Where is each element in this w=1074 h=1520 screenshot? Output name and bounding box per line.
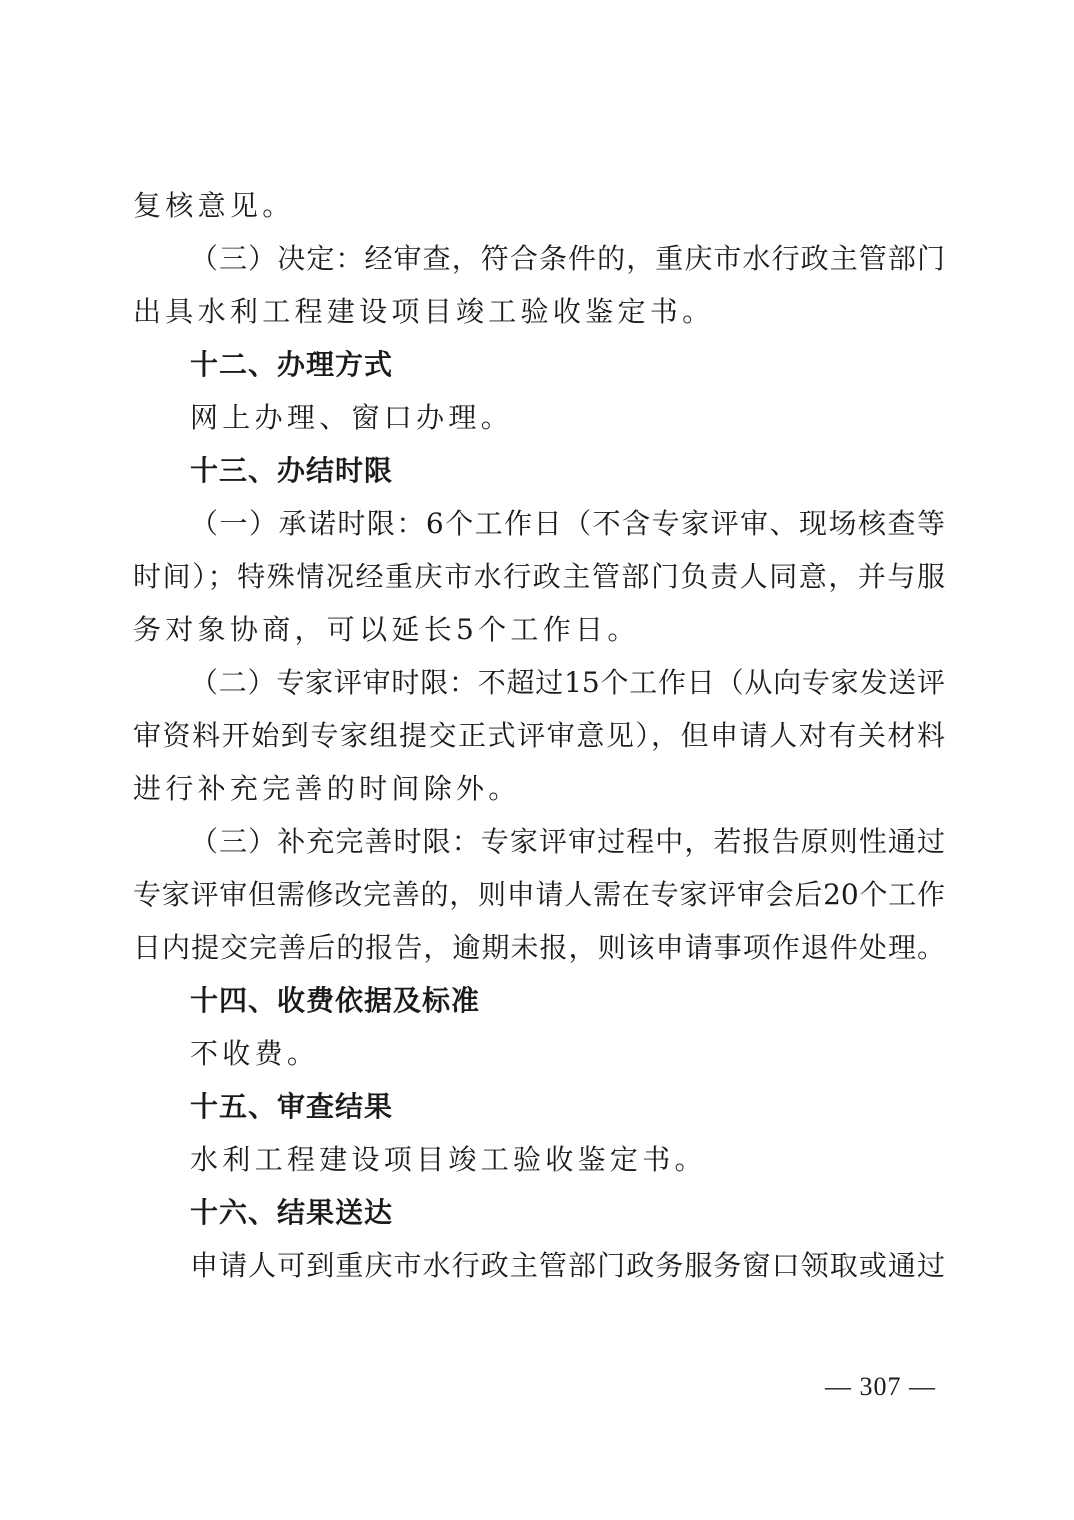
paragraph-line: 进行补充完善的时间除外。 xyxy=(133,769,521,809)
paragraph-line: 务对象协商，可以延长5个工作日。 xyxy=(133,610,640,650)
paragraph-line: 出具水利工程建设项目竣工验收鉴定书。 xyxy=(133,292,714,332)
paragraph-line: （三）补充完善时限：专家评审过程中，若报告原则性通过 xyxy=(190,822,945,862)
paragraph-line: 水利工程建设项目竣工验收鉴定书。 xyxy=(190,1140,707,1180)
section-heading-13: 十三、办结时限 xyxy=(190,451,393,491)
section-heading-15: 十五、审查结果 xyxy=(190,1087,393,1127)
paragraph-line: 审资料开始到专家组提交正式评审意见），但申请人对有关材料 xyxy=(133,716,945,756)
paragraph-line: （三）决定：经审查，符合条件的，重庆市水行政主管部门 xyxy=(190,239,945,279)
paragraph-line: 申请人可到重庆市水行政主管部门政务服务窗口领取或通过 xyxy=(190,1246,945,1286)
paragraph-line: 专家评审但需修改完善的，则申请人需在专家评审会后20个工作 xyxy=(133,875,945,915)
paragraph-line: （一）承诺时限：6个工作日（不含专家评审、现场核查等 xyxy=(190,504,945,544)
paragraph-line: 日内提交完善后的报告，逾期未报，则该申请事项作退件处理。 xyxy=(133,928,945,968)
paragraph-line: 时间）；特殊情况经重庆市水行政主管部门负责人同意，并与服 xyxy=(133,557,945,597)
paragraph-line: 不收费。 xyxy=(190,1034,319,1074)
page-number: — 307 — xyxy=(825,1372,936,1402)
section-heading-14: 十四、收费依据及标准 xyxy=(190,981,480,1021)
paragraph-line: 复核意见。 xyxy=(133,186,295,226)
section-heading-12: 十二、办理方式 xyxy=(190,345,393,385)
paragraph-line: （二）专家评审时限：不超过15个工作日（从向专家发送评 xyxy=(190,663,945,703)
section-heading-16: 十六、结果送达 xyxy=(190,1193,393,1233)
paragraph-line: 网上办理、窗口办理。 xyxy=(190,398,513,438)
